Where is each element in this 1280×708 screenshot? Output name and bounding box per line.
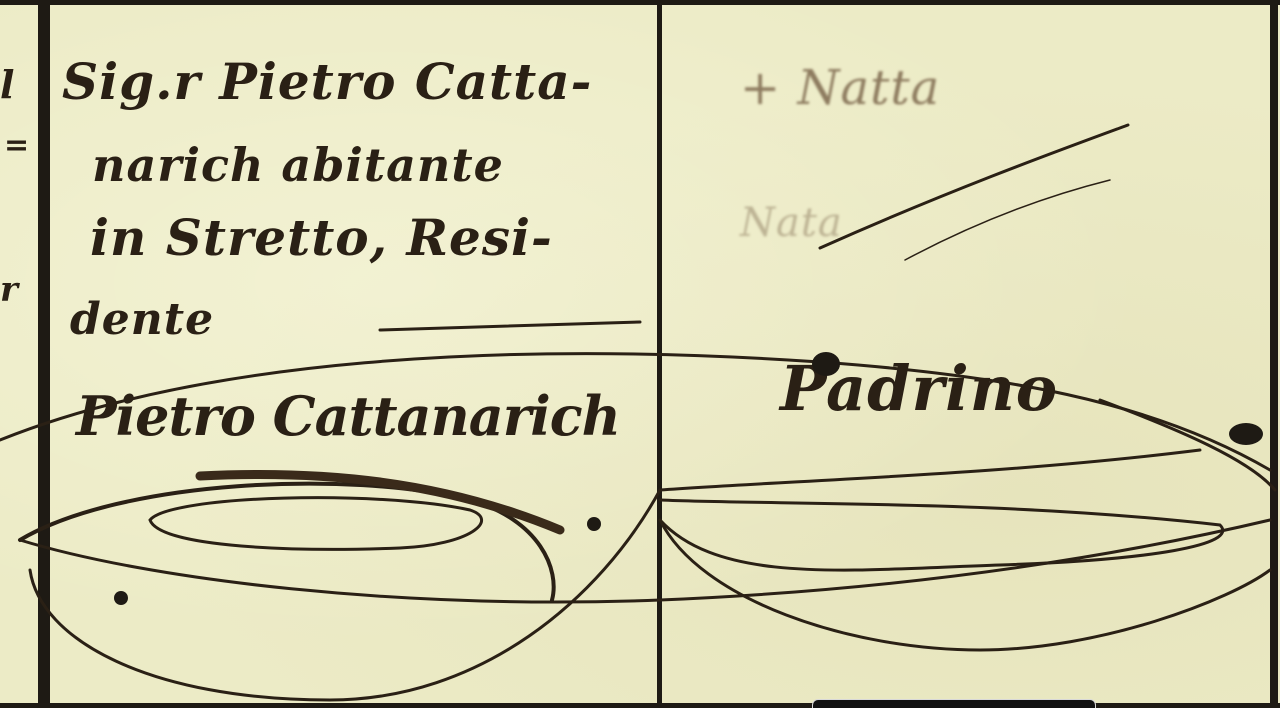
ink-flourishes: [0, 0, 1280, 708]
horizontal-scrollbar[interactable]: [812, 699, 1096, 708]
